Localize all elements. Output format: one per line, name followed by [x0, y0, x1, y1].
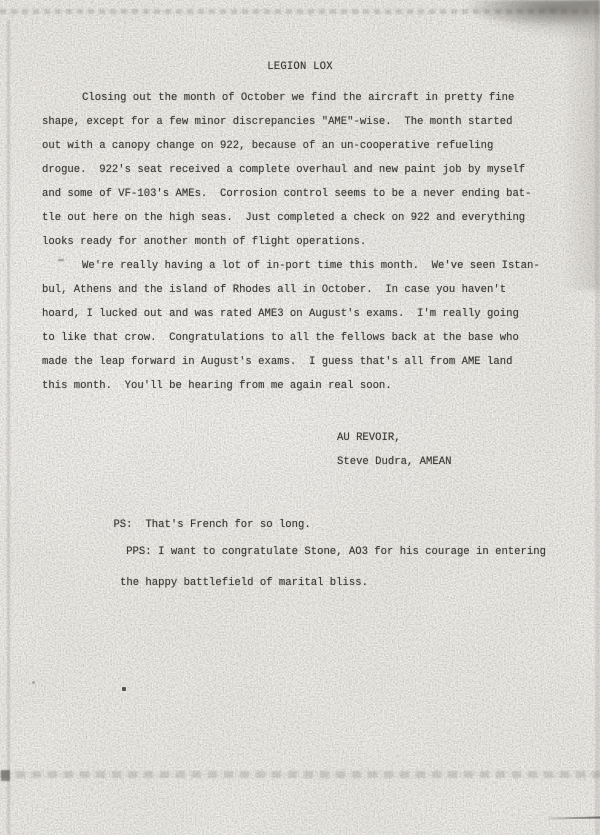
- body-line: and some of VF-103's AMEs. Corrosion con…: [42, 182, 540, 206]
- scan-noise-right-column: [595, 0, 600, 835]
- pps-label: PPS:: [126, 545, 158, 561]
- body-line: made the leap forward in August's exams.…: [42, 350, 540, 374]
- body-line: Closing out the month of October we find…: [42, 86, 540, 110]
- pps-line-1: PPS:I want to congratulate Stone, AO3 fo…: [88, 529, 546, 576]
- body-line: drogue. 922's seat received a complete o…: [42, 158, 540, 182]
- body-line: bul, Athens and the island of Rhodes all…: [42, 278, 540, 302]
- signature-name: Steve Dudra, AMEAN: [337, 450, 451, 474]
- scanned-letter-page: LEGION LOX Closing out the month of Octo…: [0, 0, 600, 835]
- scan-noise-top-band: [0, 9, 600, 14]
- body-line: looks ready for another month of flight …: [42, 230, 540, 254]
- body-line: to like that crow. Congratulations to al…: [42, 326, 540, 350]
- scan-line-bottom-right: [548, 817, 600, 820]
- signature-closing: AU REVOIR,: [337, 426, 451, 450]
- body-line: this month. You'll be hearing from me ag…: [42, 374, 540, 398]
- signature-block: AU REVOIR, Steve Dudra, AMEAN: [337, 426, 451, 474]
- pps-text-1: I want to congratulate Stone, AO3 for hi…: [158, 546, 546, 558]
- body-line: shape, except for a few minor discrepanc…: [42, 110, 540, 134]
- scan-noise-bottom-band: [0, 771, 600, 778]
- scan-streak-left-edge: [7, 20, 10, 835]
- letter-body: Closing out the month of October we find…: [42, 86, 540, 398]
- scan-smudge-top-right: [430, 0, 600, 60]
- letter-title: LEGION LOX: [0, 61, 600, 73]
- pps-line-2: the happy battlefield of marital bliss.: [88, 576, 546, 592]
- body-line: We're really having a lot of in-port tim…: [42, 254, 540, 278]
- body-line: hoard, I lucked out and was rated AME3 o…: [42, 302, 540, 326]
- body-line: out with a canopy change on 922, because…: [42, 134, 540, 158]
- scan-mark-bottom-left: [1, 770, 10, 781]
- post-postscript: PPS:I want to congratulate Stone, AO3 fo…: [88, 529, 546, 591]
- body-line: tle out here on the high seas. Just comp…: [42, 206, 540, 230]
- ink-speck: [32, 681, 35, 684]
- ink-speck: [122, 687, 126, 691]
- scan-shade-right-edge: [562, 0, 600, 290]
